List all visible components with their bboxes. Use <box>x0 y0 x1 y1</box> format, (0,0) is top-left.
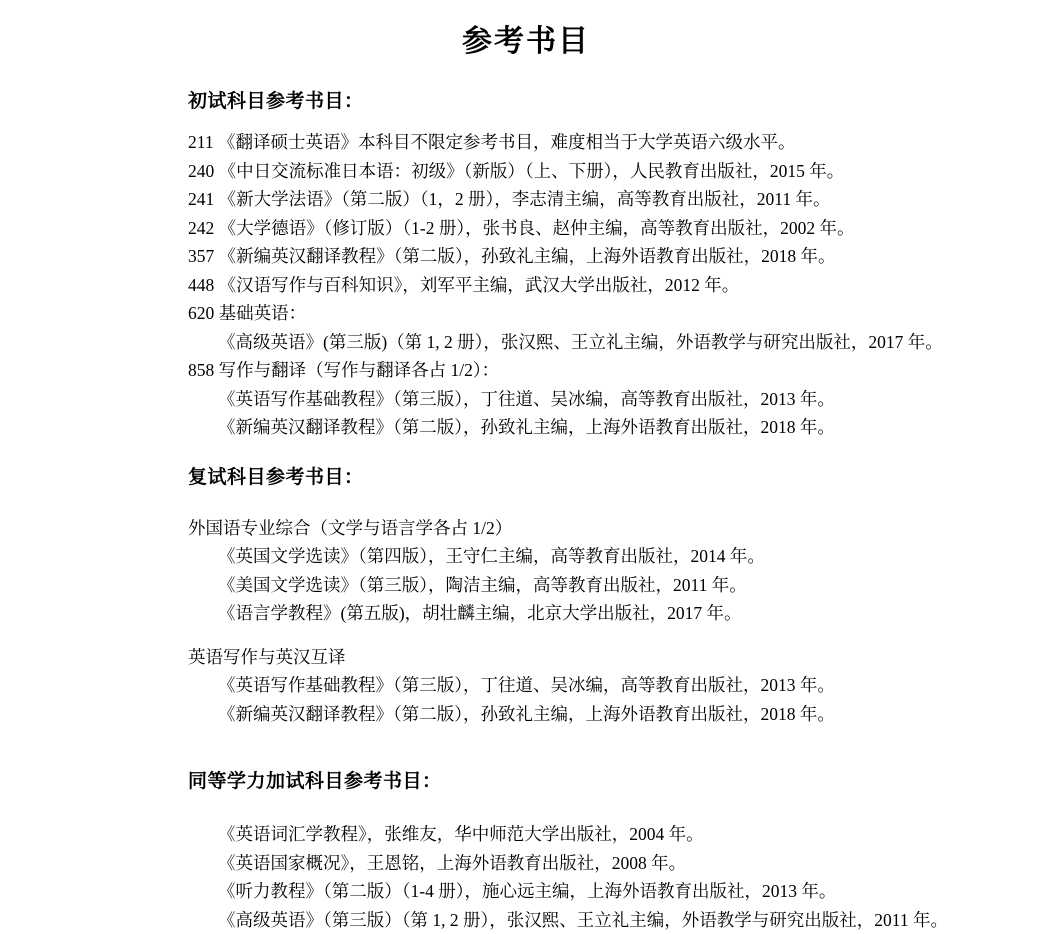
subject-label: 外国语专业综合（文学与语言学各占 1/2） <box>188 514 992 543</box>
document-page: 参考书目 初试科目参考书目： 211 《翻译硕士英语》本科目不限定参考书目，难度… <box>0 0 1052 934</box>
document-content: 初试科目参考书目： 211 《翻译硕士英语》本科目不限定参考书目，难度相当于大学… <box>188 90 992 934</box>
book-line: 242 《大学德语》（修订版）（1-2 册），张书良、赵仲主编，高等教育出版社，… <box>188 214 992 243</box>
book-line: 357 《新编英汉翻译教程》（第二版），孙致礼主编，上海外语教育出版社，2018… <box>188 242 992 271</box>
book-line-sub: 《英语写作基础教程》（第三版），丁往道、吴冰编，高等教育出版社，2013 年。 <box>218 385 992 414</box>
book-line-sub: 《英国文学选读》（第四版），王守仁主编，高等教育出版社，2014 年。 <box>218 542 992 571</box>
section-heading-supplementary-exam: 同等学力加试科目参考书目： <box>188 770 992 794</box>
book-line-sub: 《语言学教程》(第五版)，胡壮麟主编，北京大学出版社，2017 年。 <box>218 599 992 628</box>
subject-label: 英语写作与英汉互译 <box>188 643 992 672</box>
book-line: 858 写作与翻译（写作与翻译各占 1/2）： <box>188 356 992 385</box>
book-line: 241 《新大学法语》（第二版）（1，2 册），李志清主编，高等教育出版社，20… <box>188 185 992 214</box>
book-line-sub: 《英语写作基础教程》（第三版），丁往道、吴冰编，高等教育出版社，2013 年。 <box>218 671 992 700</box>
section-heading-initial-exam: 初试科目参考书目： <box>188 90 992 114</box>
book-line-sub: 《高级英语》（第三版）（第 1, 2 册），张汉熙、王立礼主编，外语教学与研究出… <box>218 906 992 934</box>
book-list-supplementary-exam: 《英语词汇学教程》，张维友，华中师范大学出版社，2004 年。 《英语国家概况》… <box>188 820 992 934</box>
book-line: 211 《翻译硕士英语》本科目不限定参考书目，难度相当于大学英语六级水平。 <box>188 128 992 157</box>
document-title: 参考书目 <box>0 0 1052 60</box>
book-line: 448 《汉语写作与百科知识》，刘军平主编，武汉大学出版社，2012 年。 <box>188 271 992 300</box>
book-line-sub: 《新编英汉翻译教程》（第二版），孙致礼主编，上海外语教育出版社，2018 年。 <box>218 700 992 729</box>
book-line-sub: 《英语国家概况》，王恩铭，上海外语教育出版社，2008 年。 <box>218 849 992 878</box>
book-line-sub: 《听力教程》（第二版）（1-4 册），施心远主编，上海外语教育出版社，2013 … <box>218 877 992 906</box>
book-line-sub: 《美国文学选读》（第三版），陶洁主编，高等教育出版社，2011 年。 <box>218 571 992 600</box>
book-line-sub: 《高级英语》(第三版)（第 1, 2 册），张汉熙、王立礼主编，外语教学与研究出… <box>218 328 992 357</box>
book-line-sub: 《英语词汇学教程》，张维友，华中师范大学出版社，2004 年。 <box>218 820 992 849</box>
book-list-initial-exam: 211 《翻译硕士英语》本科目不限定参考书目，难度相当于大学英语六级水平。 24… <box>188 128 992 442</box>
book-line: 620 基础英语： <box>188 299 992 328</box>
section-heading-retest: 复试科目参考书目： <box>188 466 992 490</box>
book-line-sub: 《新编英汉翻译教程》（第二版），孙致礼主编，上海外语教育出版社，2018 年。 <box>218 413 992 442</box>
book-line: 240 《中日交流标准日本语：初级》（新版）（上、下册），人民教育出版社，201… <box>188 157 992 186</box>
book-list-retest: 外国语专业综合（文学与语言学各占 1/2） 《英国文学选读》（第四版），王守仁主… <box>188 514 992 729</box>
